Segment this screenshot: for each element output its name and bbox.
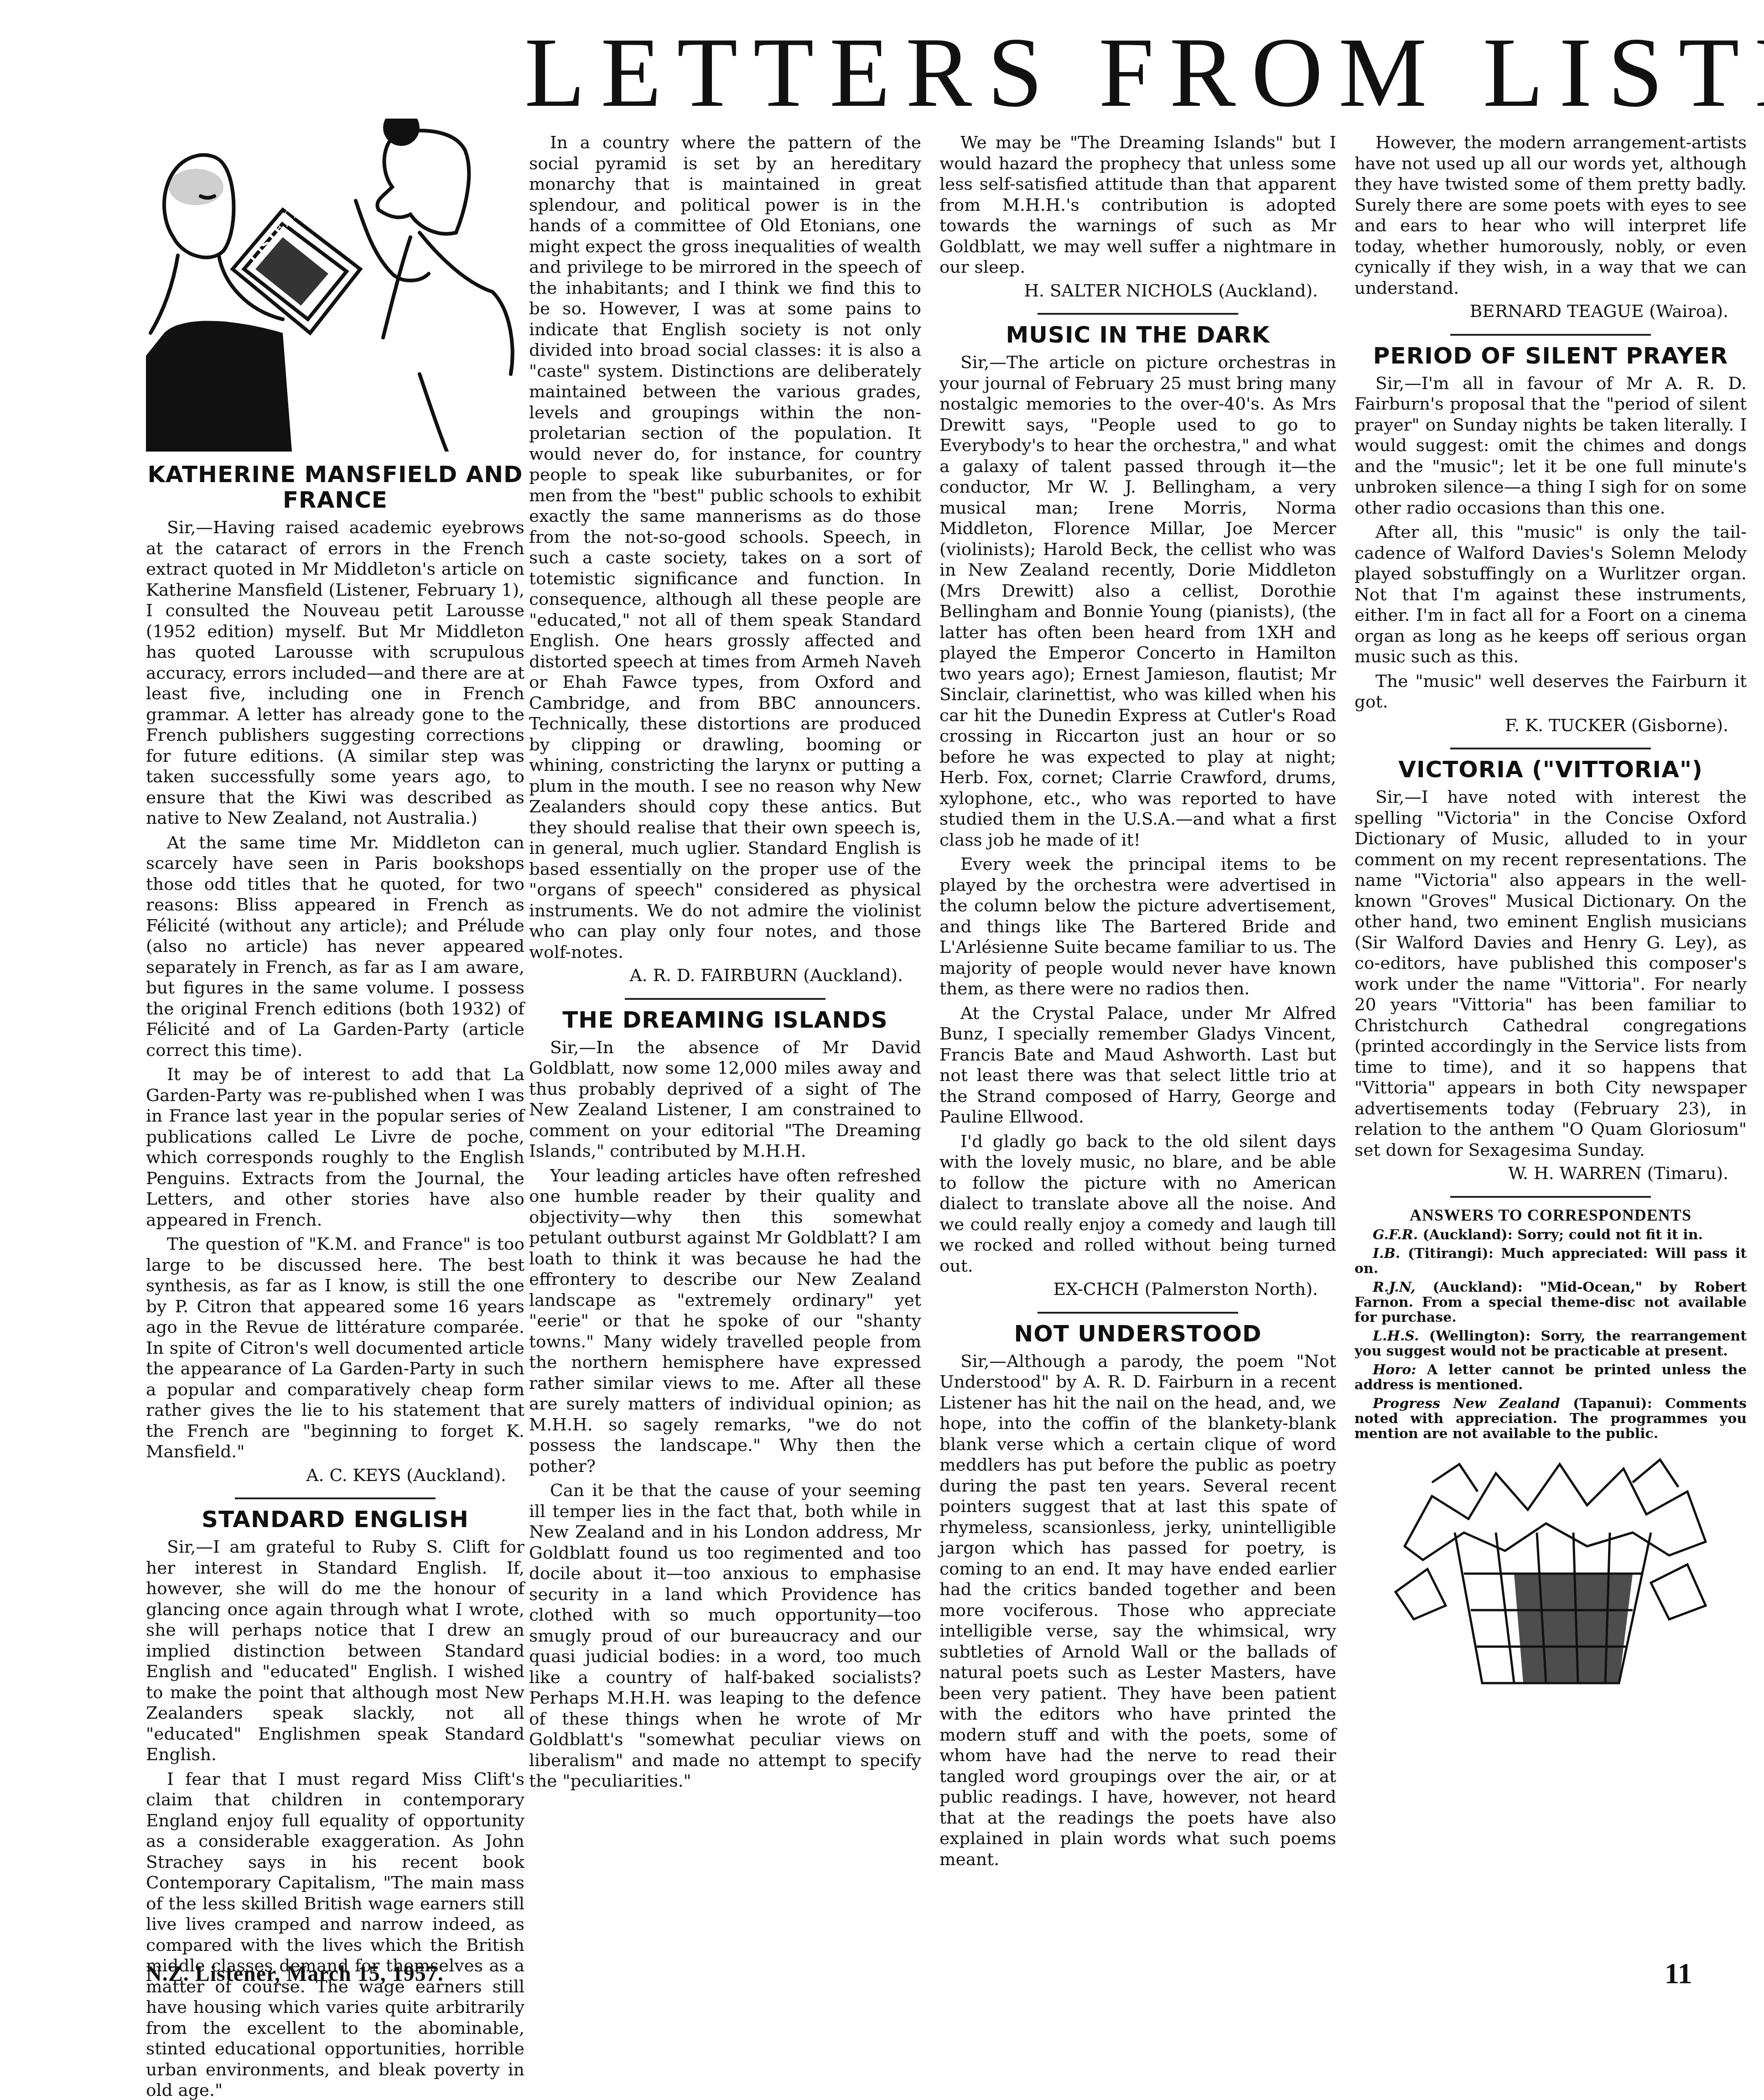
- letter-paragraph: Sir,—I am grateful to Ruby S. Clift for …: [146, 1537, 524, 1765]
- letter-paragraph: Your leading articles have often refresh…: [529, 1165, 921, 1477]
- letter-silent-prayer: PERIOD OF SILENT PRAYER Sir,—I'm all in …: [1354, 343, 1747, 736]
- letter-signature: W. H. WARREN (Timaru).: [1354, 1163, 1747, 1184]
- letter-paragraph: Sir,—The article on picture orchestras i…: [939, 352, 1336, 850]
- answer-item: R.J.N, (Auckland): "Mid-Ocean," by Rober…: [1354, 1280, 1747, 1325]
- letter-signature: A. R. D. FAIRBURN (Auckland).: [529, 965, 921, 986]
- answer-name: G.F.R.: [1373, 1227, 1418, 1243]
- letter-paragraph: I'd gladly go back to the old silent day…: [939, 1131, 1336, 1277]
- letter-paragraph: Can it be that the cause of your seeming…: [529, 1480, 921, 1792]
- letter-heading: KATHERINE MANSFIELD AND FRANCE: [146, 462, 524, 513]
- answers-to-correspondents: ANSWERS TO CORRESPONDENTS G.F.R. (Auckla…: [1354, 1205, 1747, 1442]
- letter-paragraph: After all, this "music" is only the tail…: [1354, 522, 1747, 667]
- letter-heading: NOT UNDERSTOOD: [939, 1321, 1336, 1346]
- answer-item: L.H.S. (Wellington): Sorry, the rearrang…: [1354, 1329, 1747, 1359]
- divider: [235, 1497, 436, 1499]
- letter-katherine-mansfield: KATHERINE MANSFIELD AND FRANCE Sir,—Havi…: [146, 462, 524, 1486]
- answer-name: Horo:: [1373, 1362, 1416, 1378]
- letter-signature: A. C. KEYS (Auckland).: [146, 1465, 524, 1486]
- answer-text: (Auckland): Sorry; could not fit it in.: [1423, 1227, 1703, 1243]
- cartoon-illustration: LISTENER: [146, 119, 524, 452]
- letter-heading: THE DREAMING ISLANDS: [529, 1007, 921, 1033]
- divider: [625, 998, 825, 1000]
- letter-heading: PERIOD OF SILENT PRAYER: [1354, 343, 1747, 369]
- answer-item: Horo: A letter cannot be printed unless …: [1354, 1362, 1747, 1393]
- letter-heading: MUSIC IN THE DARK: [939, 322, 1336, 348]
- answer-text: (Titirangi): Much appreciated: Will pass…: [1354, 1246, 1747, 1277]
- letter-dreaming-islands: THE DREAMING ISLANDS Sir,—In the absence…: [529, 1007, 921, 1792]
- letter-paragraph: Sir,—Having raised academic eyebrows at …: [146, 517, 524, 829]
- answer-item: I.B. (Titirangi): Much appreciated: Will…: [1354, 1246, 1747, 1276]
- letter-paragraph: Sir,—Although a parody, the poem "Not Un…: [939, 1351, 1336, 1870]
- letter-paragraph: We may be "The Dreaming Islands" but I w…: [939, 132, 1336, 278]
- answer-item: Progress New Zealand (Tapanui): Comments…: [1354, 1396, 1747, 1441]
- letter-standard-english: STANDARD ENGLISH Sir,—I am grateful to R…: [146, 1507, 524, 2100]
- divider: [1450, 334, 1651, 336]
- divider: [1038, 1312, 1238, 1314]
- answer-name: L.H.S.: [1373, 1328, 1419, 1344]
- letter-paragraph: Sir,—In the absence of Mr David Goldblat…: [529, 1037, 921, 1162]
- divider: [1038, 313, 1238, 315]
- letter-paragraph: Sir,—I have noted with interest the spel…: [1354, 787, 1747, 1160]
- letter-paragraph: At the same time Mr. Middleton can scarc…: [146, 832, 524, 1061]
- letter-not-understood: NOT UNDERSTOOD Sir,—Although a parody, t…: [939, 1321, 1336, 1870]
- page-title: LETTERS FROM LISTENERS: [524, 18, 1747, 128]
- answer-item: G.F.R. (Auckland): Sorry; could not fit …: [1354, 1227, 1747, 1242]
- letter-signature: H. SALTER NICHOLS (Auckland).: [939, 281, 1336, 301]
- letter-paragraph: The question of "K.M. and France" is too…: [146, 1234, 524, 1462]
- wastepaper-basket-illustration: [1377, 1455, 1724, 1692]
- letter-paragraph: Sir,—I'm all in favour of Mr A. R. D. Fa…: [1354, 373, 1747, 519]
- divider: [1450, 748, 1651, 749]
- letter-paragraph: The "music" well deserves the Fairburn i…: [1354, 671, 1747, 712]
- column-3: We may be "The Dreaming Islands" but I w…: [939, 132, 1336, 1870]
- letter-signature: EX-CHCH (Palmerston North).: [939, 1279, 1336, 1300]
- column-4: However, the modern arrangement-artists …: [1354, 132, 1747, 1692]
- letter-heading: STANDARD ENGLISH: [146, 1507, 524, 1532]
- letter-signature: F. K. TUCKER (Gisborne).: [1354, 715, 1747, 736]
- letter-music-in-the-dark: MUSIC IN THE DARK Sir,—The article on pi…: [939, 322, 1336, 1300]
- letter-paragraph: I fear that I must regard Miss Clift's c…: [146, 1769, 524, 2100]
- answer-name: R.J.N,: [1373, 1279, 1416, 1295]
- answer-name: I.B.: [1373, 1246, 1400, 1262]
- answer-name: Progress New Zealand: [1373, 1396, 1560, 1412]
- page-number: 11: [1665, 1957, 1692, 1991]
- letter-paragraph: At the Crystal Palace, under Mr Alfred B…: [939, 1003, 1336, 1128]
- letter-paragraph: However, the modern arrangement-artists …: [1354, 132, 1747, 298]
- letter-paragraph: In a country where the pattern of the so…: [529, 132, 921, 962]
- publication-footer: N.Z. Listener, March 15, 1957.: [146, 1961, 444, 1986]
- column-2: In a country where the pattern of the so…: [529, 132, 921, 1792]
- letter-victoria: VICTORIA ("VITTORIA") Sir,—I have noted …: [1354, 757, 1747, 1184]
- answers-heading: ANSWERS TO CORRESPONDENTS: [1354, 1205, 1747, 1226]
- divider: [1450, 1196, 1651, 1198]
- column-1: KATHERINE MANSFIELD AND FRANCE Sir,—Havi…: [146, 456, 524, 2100]
- letter-paragraph: Every week the principal items to be pla…: [939, 854, 1336, 999]
- letter-paragraph: It may be of interest to add that La Gar…: [146, 1064, 524, 1230]
- letter-heading: VICTORIA ("VITTORIA"): [1354, 757, 1747, 782]
- letter-signature: BERNARD TEAGUE (Wairoa).: [1354, 301, 1747, 322]
